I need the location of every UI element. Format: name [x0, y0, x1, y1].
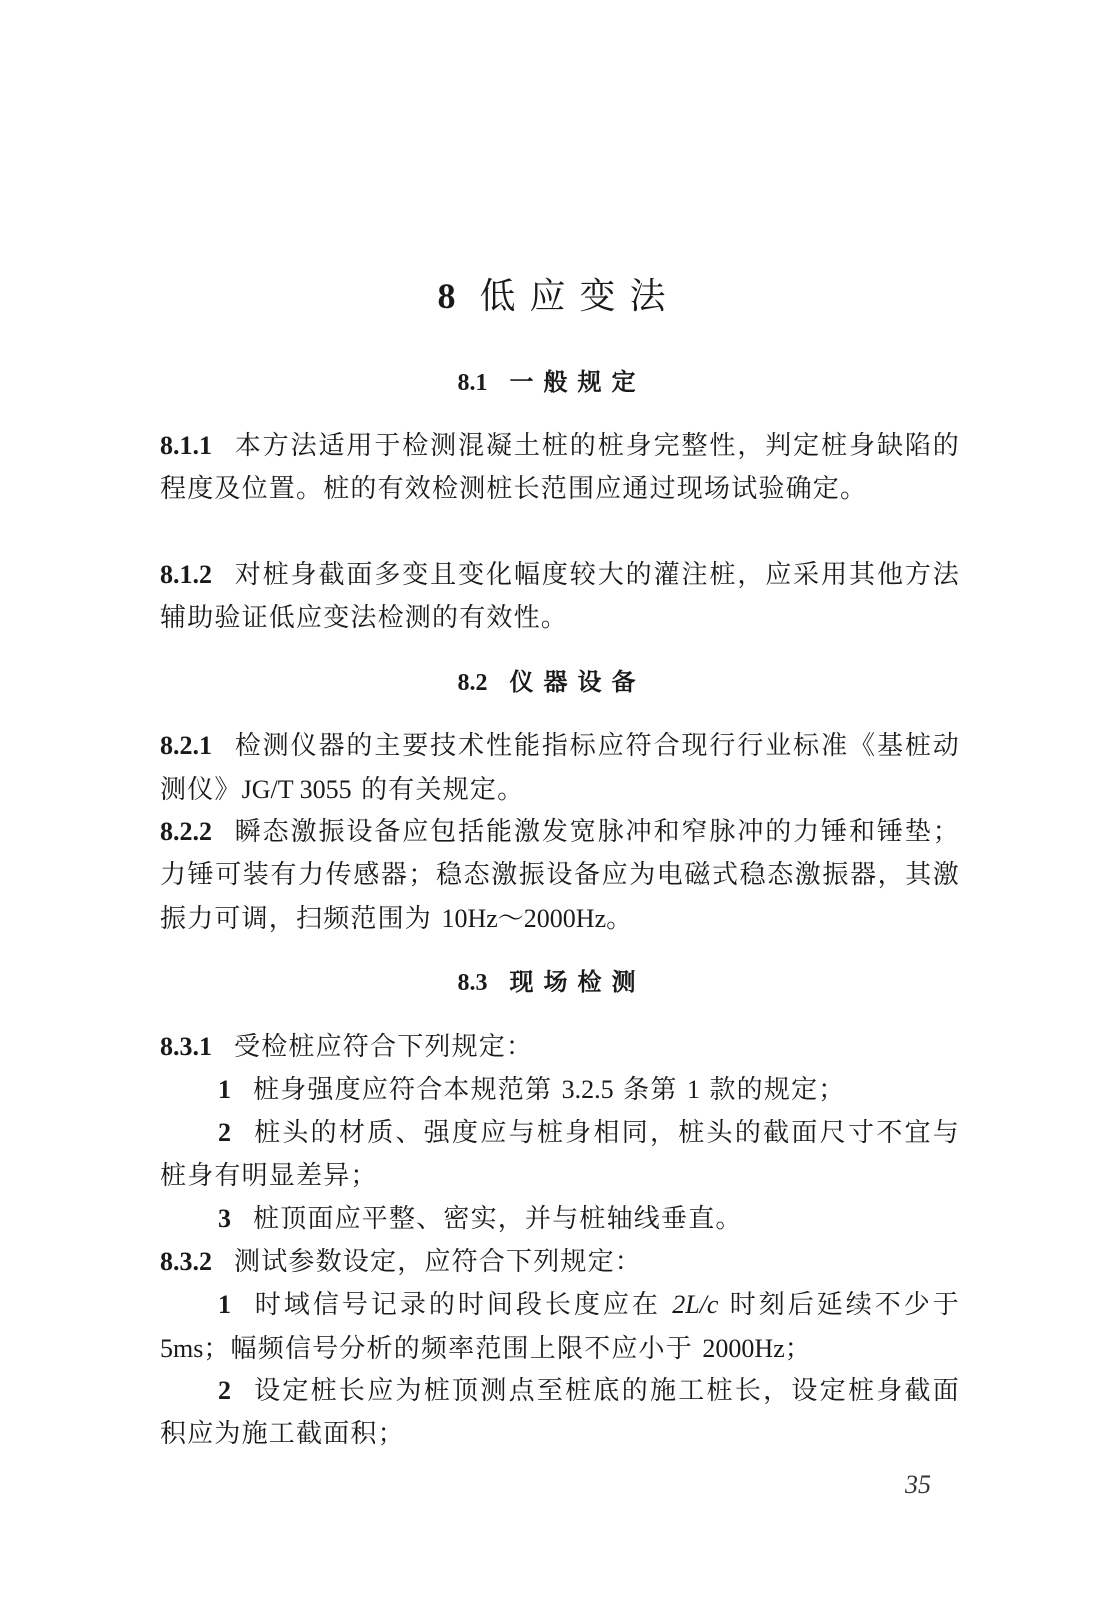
chapter-title: 8低应变法 — [0, 272, 1103, 321]
section-number: 8.2 — [458, 670, 488, 696]
item-text: 时域信号记录的时间段长度应在 — [253, 1290, 661, 1320]
item-text: 条第 — [623, 1075, 677, 1105]
clause-8-3-1: 8.3.1受检桩应符合下列规定： — [160, 1025, 960, 1069]
clause-text: 受检桩应符合下列规定： — [234, 1032, 533, 1062]
item-number: 1 — [218, 1075, 231, 1104]
item-reference: 1 — [687, 1075, 700, 1104]
section-title-8-3: 8.3现场检测 — [0, 966, 1103, 999]
frequency: 2000Hz — [702, 1334, 784, 1363]
clause-number: 8.2.1 — [160, 731, 212, 760]
item-number: 2 — [218, 1118, 231, 1147]
clause-8-3-2-item-2: 2设定桩长应为桩顶测点至桩底的施工桩长，设定桩身截面积应为施工截面积； — [160, 1369, 960, 1456]
section-number: 8.1 — [458, 370, 488, 396]
clause-number: 8.1.1 — [160, 431, 212, 460]
page-number: 35 — [905, 1470, 931, 1500]
clause-8-3-2-item-1: 1时域信号记录的时间段长度应在 2L/c 时刻后延续不少于 5ms；幅频信号分析… — [160, 1283, 960, 1371]
clause-number: 8.1.2 — [160, 560, 212, 589]
clause-reference: 3.2.5 — [562, 1075, 614, 1104]
clause-8-2-2: 8.2.2瞬态激振设备应包括能激发宽脉冲和窄脉冲的力锤和锤垫；力锤可装有力传感器… — [160, 810, 960, 941]
clause-number: 8.2.2 — [160, 817, 212, 846]
item-text: ； — [785, 1334, 812, 1364]
section-title-8-2: 8.2仪器设备 — [0, 666, 1103, 699]
clause-number: 8.3.1 — [160, 1032, 212, 1061]
clause-8-1-1: 8.1.1本方法适用于检测混凝土桩的桩身完整性，判定桩身缺陷的程度及位置。桩的有… — [160, 424, 960, 511]
clause-8-3-1-item-1: 1桩身强度应符合本规范第 3.2.5 条第 1 款的规定； — [160, 1068, 960, 1112]
chapter-number: 8 — [437, 276, 455, 316]
clause-text-tail: 。 — [606, 904, 633, 934]
clause-8-3-1-item-2: 2桩头的材质、强度应与桩身相同，桩头的截面尺寸不宜与桩身有明显差异； — [160, 1111, 960, 1198]
standard-code: JG/T 3055 — [242, 775, 352, 804]
item-text: 桩头的材质、强度应与桩身相同，桩头的截面尺寸不宜与桩身有明显差异； — [160, 1118, 960, 1191]
section-title-text: 现场检测 — [510, 968, 646, 996]
clause-text-tail: 的有关规定。 — [361, 775, 524, 805]
clause-8-3-2: 8.3.2测试参数设定，应符合下列规定： — [160, 1240, 960, 1284]
item-text: 设定桩长应为桩顶测点至桩底的施工桩长，设定桩身截面积应为施工截面积； — [160, 1376, 960, 1449]
item-text: ；幅频信号分析的频率范围上限不应小于 — [203, 1334, 693, 1364]
section-title-text: 一般规定 — [510, 368, 646, 396]
formula: 2L/c — [672, 1290, 718, 1319]
item-text: 桩顶面应平整、密实，并与桩轴线垂直。 — [253, 1204, 743, 1234]
item-number: 3 — [218, 1204, 231, 1233]
clause-number: 8.3.2 — [160, 1247, 212, 1276]
clause-text: 测试参数设定，应符合下列规定： — [234, 1247, 642, 1277]
section-title-8-1: 8.1一般规定 — [0, 366, 1103, 399]
clause-8-1-2: 8.1.2对桩身截面多变且变化幅度较大的灌注桩，应采用其他方法辅助验证低应变法检… — [160, 553, 960, 640]
item-text: 时刻后延续不少于 — [730, 1290, 960, 1320]
duration: 5ms — [160, 1334, 203, 1363]
document-page: 8低应变法 8.1一般规定 8.1.1本方法适用于检测混凝土桩的桩身完整性，判定… — [0, 0, 1103, 1598]
clause-text: 本方法适用于检测混凝土桩的桩身完整性，判定桩身缺陷的程度及位置。桩的有效检测桩长… — [160, 431, 960, 504]
clause-8-3-1-item-3: 3桩顶面应平整、密实，并与桩轴线垂直。 — [160, 1197, 960, 1241]
section-title-text: 仪器设备 — [510, 668, 646, 696]
section-number: 8.3 — [458, 970, 488, 996]
clause-text: 对桩身截面多变且变化幅度较大的灌注桩，应采用其他方法辅助验证低应变法检测的有效性… — [160, 560, 960, 633]
item-number: 1 — [218, 1290, 231, 1319]
frequency-range: 10Hz～2000Hz — [441, 904, 606, 933]
clause-8-2-1: 8.2.1检测仪器的主要技术性能指标应符合现行行业标准《基桩动测仪》JG/T 3… — [160, 724, 960, 812]
item-text: 桩身强度应符合本规范第 — [253, 1075, 552, 1105]
item-text: 款的规定； — [709, 1075, 845, 1105]
chapter-title-text: 低应变法 — [479, 276, 679, 317]
item-number: 2 — [218, 1376, 231, 1405]
